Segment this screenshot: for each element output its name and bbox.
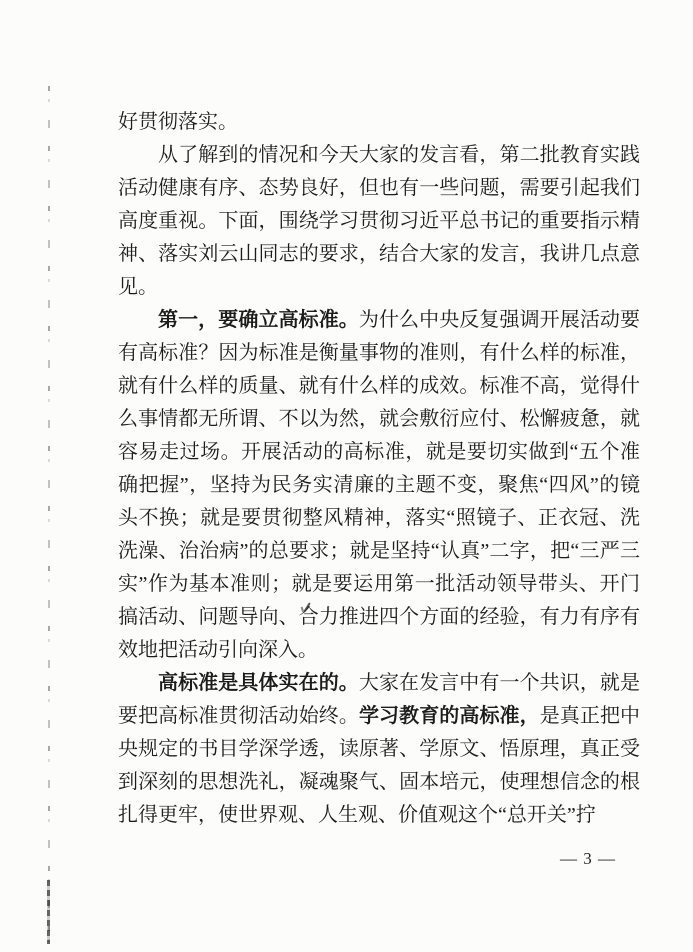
scanned-document-page: 好贯彻落实。 从了解到的情况和今天大家的发言看，第二批教育实践活动健康有序、态势…	[0, 0, 693, 952]
paragraph-text: 从了解到的情况和今天大家的发言看，第二批教育实践活动健康有序、态势良好，但也有一…	[118, 144, 640, 298]
bold-phrase-study-education: 学习教育的高标准，	[359, 705, 540, 727]
paragraph-first-point: 第一，要确立高标准。为什么中央反复强调开展活动要有高标准？因为标准是衡量事物的准…	[118, 304, 640, 667]
bold-lead-in-first-point: 第一，要确立高标准。	[158, 309, 359, 331]
left-binding-scan-artifact	[48, 86, 50, 944]
paragraph-continuation: 好贯彻落实。	[118, 106, 640, 139]
paragraph-high-standard: 高标准是具体实在的。大家在发言中有一个共识，就是要把高标准贯彻活动始终。学习教育…	[118, 667, 640, 832]
left-binding-scan-artifact-bottom	[47, 880, 50, 944]
document-body: 好贯彻落实。 从了解到的情况和今天大家的发言看，第二批教育实践活动健康有序、态势…	[118, 106, 640, 832]
paragraph-overview: 从了解到的情况和今天大家的发言看，第二批教育实践活动健康有序、态势良好，但也有一…	[118, 139, 640, 304]
bold-lead-in-high-standard: 高标准是具体实在的。	[158, 672, 359, 694]
page-number: — 3 —	[560, 849, 650, 869]
paragraph-text: 好贯彻落实。	[118, 111, 238, 133]
paragraph-text: 为什么中央反复强调开展活动要有高标准？因为标准是衡量事物的准则，有什么样的标准，…	[118, 309, 640, 661]
